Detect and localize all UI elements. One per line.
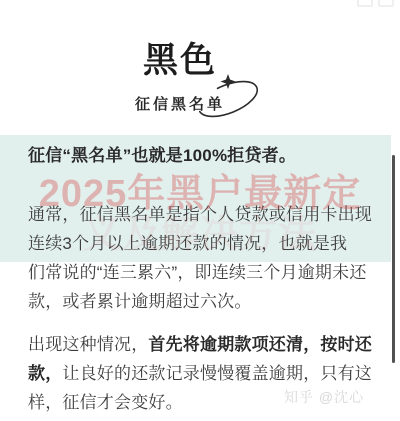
orbit-ellipse-decoration — [188, 72, 272, 124]
page-title: 黑色 — [0, 42, 360, 80]
scrollbar-thumb[interactable] — [392, 155, 395, 363]
zhihu-author-watermark: 知乎 @沈心 — [284, 387, 364, 407]
faint-logo-box-2 — [378, 0, 394, 7]
article-page: 黑色 征信黑名单 征信“黑名单”也就是100%拒贷者。 通常，征信黑名单是指个人… — [0, 0, 400, 421]
paragraph-2-line: 们常说的“连三累六”，即连续三个月逾期未还 — [28, 258, 372, 287]
paragraph-2: 通常，征信黑名单是指个人贷款或信用卡出现 连续3个月以上逾期还款的情况，也就是我… — [28, 200, 372, 316]
paragraph-2-line: 通常，征信黑名单是指个人贷款或信用卡出现 — [28, 200, 372, 229]
faint-logo — [357, 0, 394, 7]
paragraph-2-line: 连续3个月以上逾期还款的情况，也就是我 — [28, 229, 372, 258]
p3-text-normal: 让良好的还款记录慢慢覆盖逾期，只有这 — [62, 364, 372, 383]
faint-logo-box-1 — [357, 0, 373, 7]
page-subtitle: 征信黑名单 — [0, 93, 360, 114]
paragraph-3-line: 款，让良好的还款记录慢慢覆盖逾期，只有这 — [28, 359, 372, 388]
p3-text-bold: 款， — [28, 364, 62, 383]
paragraph-1: 征信“黑名单”也就是100%拒贷者。 — [28, 141, 296, 170]
paragraph-3-line: 出现这种情况，首先将逾期款项还清，按时还 — [28, 330, 372, 359]
p3-text-bold: 首先将逾期款项还清，按时还 — [148, 335, 372, 354]
paragraph-2-line: 款，或者累计逾期超过六次。 — [28, 287, 372, 316]
p3-text-normal: 出现这种情况， — [28, 335, 148, 354]
paragraph-1-line: 征信“黑名单”也就是100%拒贷者。 — [28, 141, 296, 170]
